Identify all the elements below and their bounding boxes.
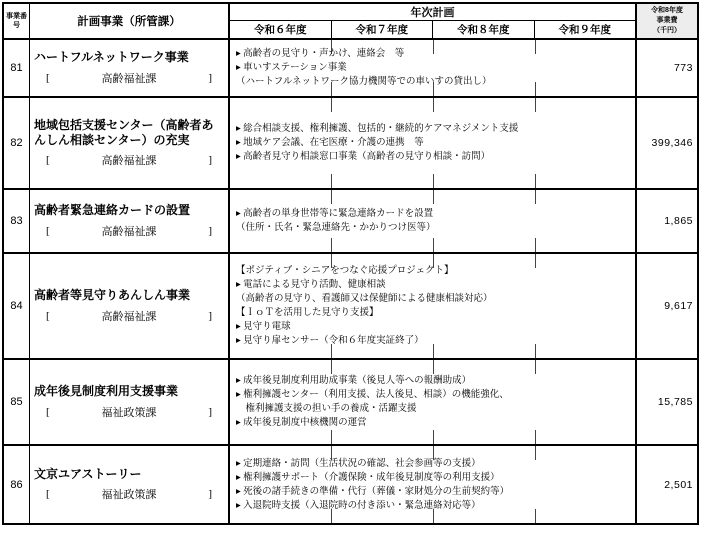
department-line: [ 高齢福祉課 ]	[34, 223, 224, 239]
header-project-number: 事業番号	[4, 4, 30, 38]
table-row: 84 高齢者等見守りあんしん事業 [ 高齢福祉課 ] 【ポジティブ・シニアをつな…	[4, 254, 697, 360]
project-cost: 773	[637, 40, 697, 96]
department-line: [ 福祉政策課 ]	[34, 486, 224, 502]
year-divider-tick	[535, 430, 536, 444]
annual-plan-cell: ▸ 定期連絡・訪問（生活状況の確認、社会参画等の支援） ▸ 権利擁護サポート（介…	[230, 446, 637, 523]
plan-line: ▸ 総合相談支援、権利擁護、包括的・継続的ケアマネジメント支援	[236, 122, 632, 136]
table-row: 85 成年後見制度利用支援事業 [ 福祉政策課 ] ▸ 成年後見制度利用助成事業…	[4, 360, 697, 446]
bracket-close: ]	[208, 310, 212, 322]
bracket-open: [	[46, 225, 50, 237]
year-divider-tick	[433, 190, 434, 204]
header-cost-line2: 事業費	[657, 16, 678, 26]
plan-line: 【ポジティブ・シニアをつなぐ応援プロジェクト】	[236, 264, 632, 278]
year-divider-tick	[535, 190, 536, 204]
department: 福祉政策課	[102, 486, 157, 502]
annual-plan-cell: ▸ 総合相談支援、権利擁護、包括的・継続的ケアマネジメント支援 ▸ 地域ケア会議…	[230, 98, 637, 188]
plan-line: ▸ 高齢者の見守り・声かけ、連絡会 等	[236, 47, 632, 61]
plan-line: ▸ 車いすステーション事業	[236, 61, 632, 75]
year-divider-tick	[331, 360, 332, 374]
year-divider-tick	[331, 238, 332, 252]
header-annual-plan: 年次計画 令和６年度 令和７年度 令和８年度 令和９年度	[230, 4, 637, 38]
project-cost: 399,346	[637, 98, 697, 188]
project-number: 84	[4, 254, 30, 358]
header-year-row: 令和６年度 令和７年度 令和８年度 令和９年度	[230, 21, 635, 38]
year-divider-tick	[433, 430, 434, 444]
table-header: 事業番号 計画事業（所管課） 年次計画 令和６年度 令和７年度 令和８年度 令和…	[4, 4, 697, 40]
plan-line: ▸ 見守り電球	[236, 320, 632, 334]
department: 高齢福祉課	[102, 308, 157, 324]
project-title-cell: 文京ユアストーリー [ 福祉政策課 ]	[30, 446, 230, 523]
project-title-cell: 成年後見制度利用支援事業 [ 福祉政策課 ]	[30, 360, 230, 444]
department-line: [ 福祉政策課 ]	[34, 404, 224, 420]
table-row: 83 高齢者緊急連絡カードの設置 [ 高齢福祉課 ] ▸ 高齢者の単身世帯等に緊…	[4, 190, 697, 254]
plan-lines: 【ポジティブ・シニアをつなぐ応援プロジェクト】 ▸ 電話による見守り活動、健康相…	[236, 264, 632, 348]
planning-projects-table: 事業番号 計画事業（所管課） 年次計画 令和６年度 令和７年度 令和８年度 令和…	[2, 2, 699, 525]
header-cost: 令和8年度 事業費 （千円）	[637, 4, 697, 38]
bracket-close: ]	[208, 154, 212, 166]
project-number: 83	[4, 190, 30, 252]
project-title-cell: 地域包括支援センター（高齢者あんしん相談センター）の充実 [ 高齢福祉課 ]	[30, 98, 230, 188]
annual-plan-cell: ▸ 高齢者の単身世帯等に緊急連絡カードを設置 （住所・氏名・緊急連絡先・かかりつ…	[230, 190, 637, 252]
project-number: 82	[4, 98, 30, 188]
header-year-r9: 令和９年度	[534, 21, 636, 38]
plan-line: （住所・氏名・緊急連絡先・かかりつけ医等）	[236, 221, 632, 235]
plan-line: ▸ 定期連絡・訪問（生活状況の確認、社会参画等の支援）	[236, 457, 632, 471]
table-row: 86 文京ユアストーリー [ 福祉政策課 ] ▸ 定期連絡・訪問（生活状況の確認…	[4, 446, 697, 523]
bracket-open: [	[46, 406, 50, 418]
project-title: 成年後見制度利用支援事業	[34, 384, 224, 399]
plan-line: ▸ 死後の諸手続きの準備・代行（葬儀・家財処分の生前契約等）	[236, 485, 632, 499]
plan-line: ▸ 電話による見守り活動、健康相談	[236, 278, 632, 292]
department: 高齢福祉課	[102, 152, 157, 168]
bracket-open: [	[46, 72, 50, 84]
department-line: [ 高齢福祉課 ]	[34, 308, 224, 324]
department: 高齢福祉課	[102, 70, 157, 86]
project-title: 地域包括支援センター（高齢者あんしん相談センター）の充実	[34, 118, 224, 149]
year-divider-tick	[433, 98, 434, 112]
year-divider-tick	[433, 174, 434, 188]
plan-lines: ▸ 定期連絡・訪問（生活状況の確認、社会参画等の支援） ▸ 権利擁護サポート（介…	[236, 457, 632, 513]
plan-line: 【ＩｏＴを活用した見守り支援】	[236, 306, 632, 320]
plan-line: ▸ 権利擁護サポート（介護保険・成年後見制度等の利用支援）	[236, 471, 632, 485]
project-title: 高齢者緊急連絡カードの設置	[34, 203, 224, 218]
plan-line: ▸ 地域ケア会議、在宅医療・介護の連携 等	[236, 136, 632, 150]
project-title: 高齢者等見守りあんしん事業	[34, 288, 224, 303]
project-title: ハートフルネットワーク事業	[34, 50, 224, 65]
bracket-open: [	[46, 154, 50, 166]
plan-line: ▸ 高齢者見守り相談窓口事業（高齢者の見守り相談・訪問）	[236, 150, 632, 164]
year-divider-tick	[331, 98, 332, 112]
year-divider-tick	[331, 174, 332, 188]
plan-lines: ▸ 総合相談支援、権利擁護、包括的・継続的ケアマネジメント支援 ▸ 地域ケア会議…	[236, 122, 632, 164]
header-cost-line3: （千円）	[653, 26, 681, 36]
bracket-close: ]	[208, 225, 212, 237]
table-row: 81 ハートフルネットワーク事業 [ 高齢福祉課 ] ▸ 高齢者の見守り・声かけ…	[4, 40, 697, 98]
plan-line: 権利擁護支援の担い手の養成・活躍支援	[236, 402, 632, 416]
plan-line: （ハートフルネットワーク協力機関等での車いすの貸出し）	[236, 75, 632, 89]
year-divider-tick	[535, 238, 536, 252]
project-number: 86	[4, 446, 30, 523]
plan-line: ▸ 入退院時支援（入退院時の付き添い・緊急連絡対応等）	[236, 499, 632, 513]
plan-lines: ▸ 高齢者の単身世帯等に緊急連絡カードを設置 （住所・氏名・緊急連絡先・かかりつ…	[236, 207, 632, 235]
project-number: 81	[4, 40, 30, 96]
plan-lines: ▸ 高齢者の見守り・声かけ、連絡会 等 ▸ 車いすステーション事業 （ハートフル…	[236, 47, 632, 89]
annual-plan-cell: ▸ 成年後見制度利用助成事業（後見人等への報酬助成） ▸ 権利擁護センター（利用…	[230, 360, 637, 444]
bracket-close: ]	[208, 406, 212, 418]
department-line: [ 高齢福祉課 ]	[34, 70, 224, 86]
plan-line: （高齢者の見守り、看護師又は保健師による健康相談対応）	[236, 292, 632, 306]
department-line: [ 高齢福祉課 ]	[34, 152, 224, 168]
bracket-open: [	[46, 310, 50, 322]
year-divider-tick	[535, 174, 536, 188]
year-divider-tick	[331, 190, 332, 204]
project-title: 文京ユアストーリー	[34, 467, 224, 482]
header-year-r6: 令和６年度	[230, 21, 331, 38]
year-divider-tick	[535, 360, 536, 374]
header-project-title: 計画事業（所管課）	[30, 4, 230, 38]
plan-line: ▸ 見守り扉センサー（令和６年度実証終了）	[236, 334, 632, 348]
header-annual-plan-label: 年次計画	[230, 4, 635, 21]
project-cost: 15,785	[637, 360, 697, 444]
table-row: 82 地域包括支援センター（高齢者あんしん相談センター）の充実 [ 高齢福祉課 …	[4, 98, 697, 190]
bracket-close: ]	[208, 488, 212, 500]
header-year-r7: 令和７年度	[331, 21, 433, 38]
header-year-r8: 令和８年度	[432, 21, 534, 38]
bracket-close: ]	[208, 72, 212, 84]
project-cost: 1,865	[637, 190, 697, 252]
year-divider-tick	[433, 360, 434, 374]
annual-plan-cell: ▸ 高齢者の見守り・声かけ、連絡会 等 ▸ 車いすステーション事業 （ハートフル…	[230, 40, 637, 96]
plan-line: ▸ 成年後見制度利用助成事業（後見人等への報酬助成）	[236, 374, 632, 388]
project-cost: 9,617	[637, 254, 697, 358]
plan-lines: ▸ 成年後見制度利用助成事業（後見人等への報酬助成） ▸ 権利擁護センター（利用…	[236, 374, 632, 430]
project-title-cell: 高齢者等見守りあんしん事業 [ 高齢福祉課 ]	[30, 254, 230, 358]
plan-line: ▸ 高齢者の単身世帯等に緊急連絡カードを設置	[236, 207, 632, 221]
plan-line: ▸ 成年後見制度中核機関の運営	[236, 416, 632, 430]
project-title-cell: 高齢者緊急連絡カードの設置 [ 高齢福祉課 ]	[30, 190, 230, 252]
header-cost-line1: 令和8年度	[651, 6, 683, 16]
project-title-cell: ハートフルネットワーク事業 [ 高齢福祉課 ]	[30, 40, 230, 96]
project-cost: 2,501	[637, 446, 697, 523]
year-divider-tick	[433, 238, 434, 252]
department: 高齢福祉課	[102, 223, 157, 239]
project-number: 85	[4, 360, 30, 444]
year-divider-tick	[535, 98, 536, 112]
department: 福祉政策課	[102, 404, 157, 420]
year-divider-tick	[331, 430, 332, 444]
annual-plan-cell: 【ポジティブ・シニアをつなぐ応援プロジェクト】 ▸ 電話による見守り活動、健康相…	[230, 254, 637, 358]
plan-line: ▸ 権利擁護センター（利用支援、法人後見、相談）の機能強化、	[236, 388, 632, 402]
bracket-open: [	[46, 488, 50, 500]
